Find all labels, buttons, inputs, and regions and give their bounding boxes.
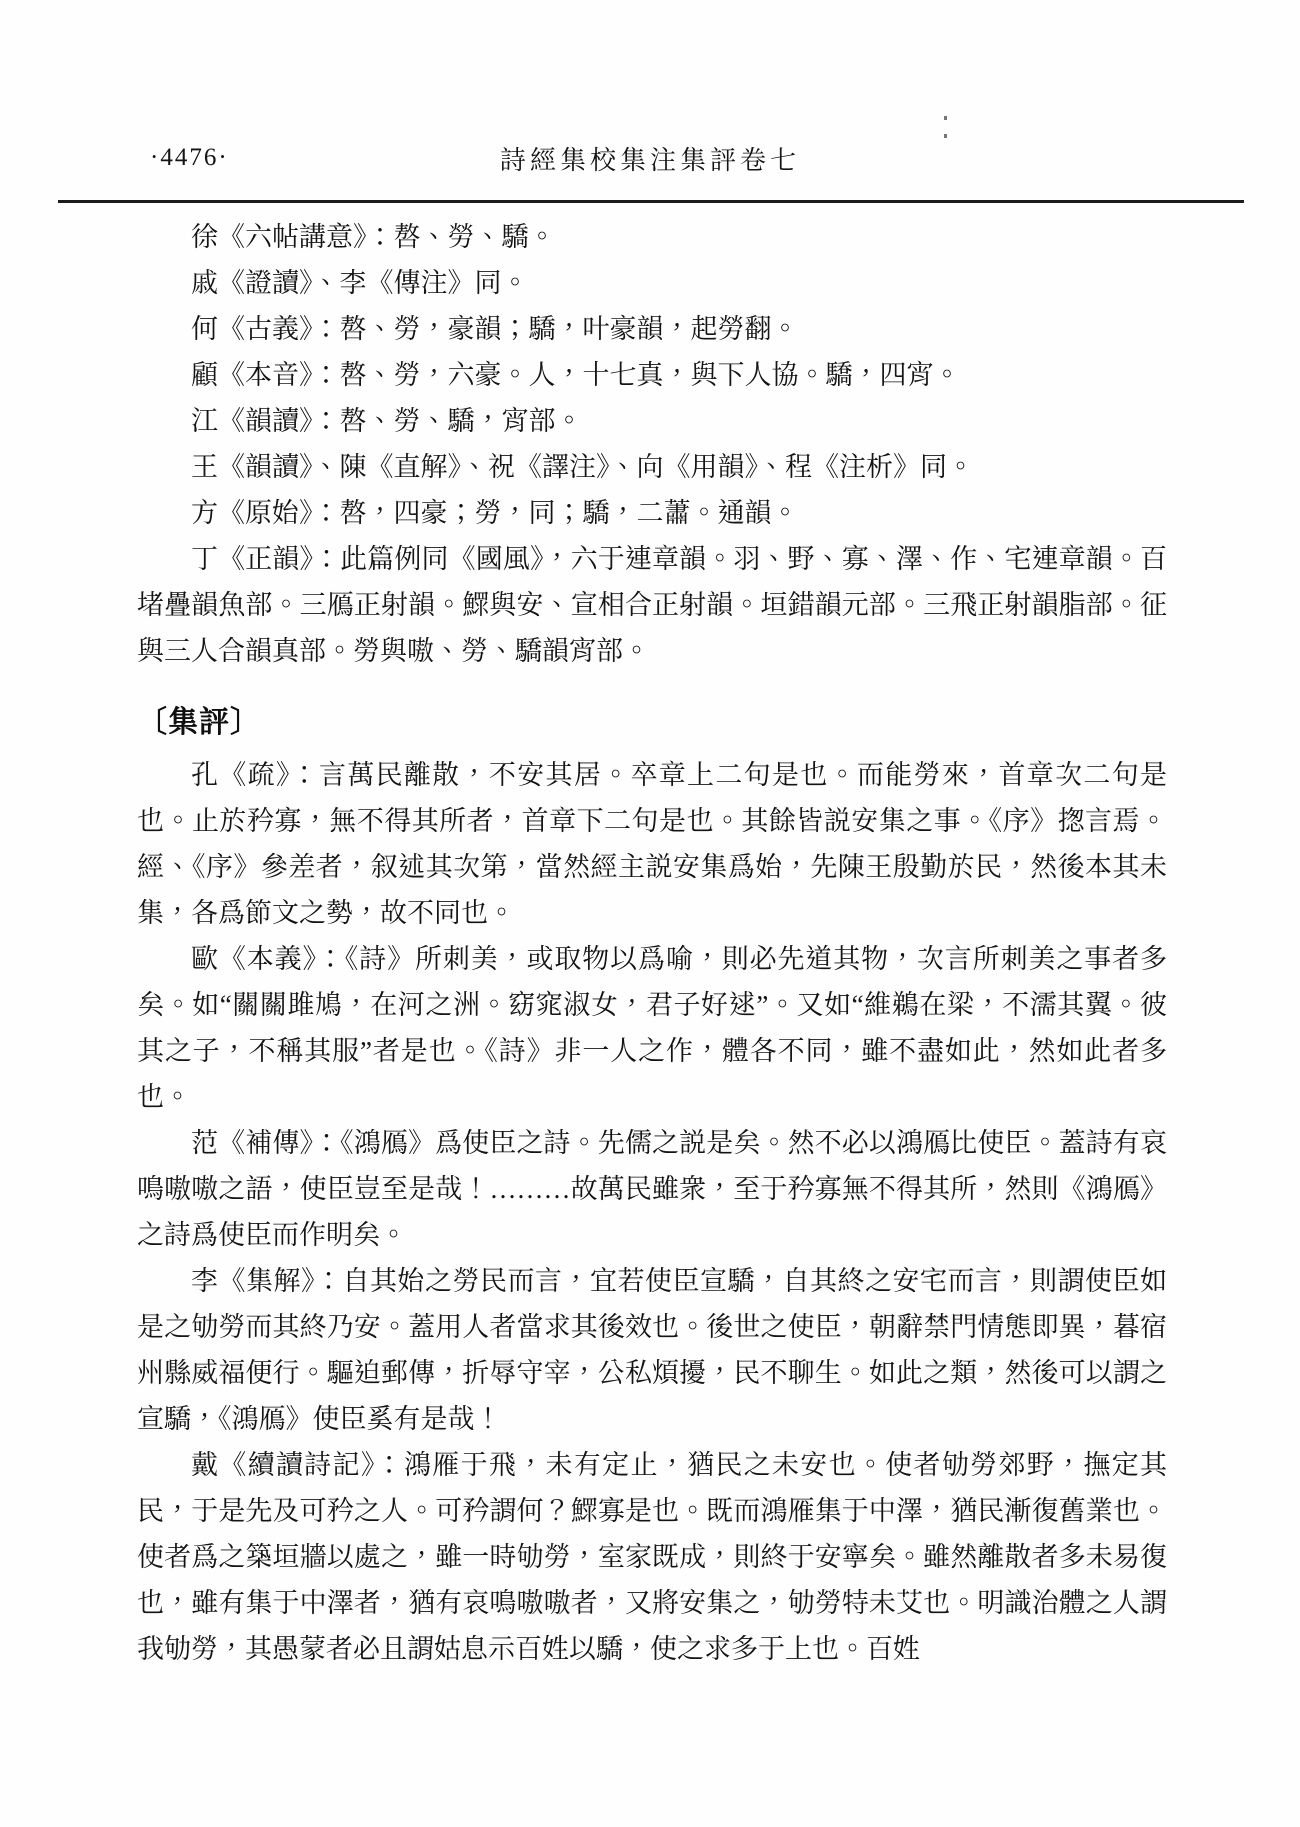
commentary-paragraph: 范《補傳》：《鴻鴈》爲使臣之詩。先儒之説是矣。然不必以鴻鴈比使臣。蓋詩有哀鳴嗷嗷… [137, 1120, 1167, 1258]
rhyme-note-paragraph: 丁《正韻》：此篇例同《國風》，六于連章韻。羽、野、寡、澤、作、宅連章韻。百堵疊韻… [137, 536, 1167, 674]
commentary-paragraph: 戴《續讀詩記》：鴻雁于飛，未有定止，猶民之未安也。使者劬勞郊野，撫定其民，于是先… [137, 1442, 1167, 1672]
running-header: ·4476· 詩經集校集注集評卷七 [0, 140, 1300, 180]
running-title: 詩經集校集注集評卷七 [0, 140, 1300, 177]
rhyme-note-paragraph: 方《原始》：嗸，四豪；勞，同；驕，二蕭。通韻。 [137, 490, 1167, 536]
rhyme-note-paragraph: 江《韻讀》：嗸、勞、驕，宵部。 [137, 398, 1167, 444]
rhyme-note-paragraph: 顧《本音》：嗸、勞，六豪。人，十七真，與下人協。驕，四宵。 [137, 352, 1167, 398]
scan-artifact [944, 116, 948, 138]
section-heading: 〔集評〕 [137, 700, 1167, 746]
rhyme-note-paragraph: 何《古義》：嗸、勞，豪韻；驕，叶豪韻，起勞翻。 [137, 306, 1167, 352]
commentary-paragraph: 李《集解》：自其始之勞民而言，宜若使臣宣驕，自其終之安宅而言，則謂使臣如是之劬勞… [137, 1258, 1167, 1442]
header-divider-rule [58, 200, 1244, 203]
scanned-book-page: ·4476· 詩經集校集注集評卷七 徐《六帖講意》：嗸、勞、驕。 戚《證讀》、李… [0, 0, 1300, 1827]
rhyme-note-paragraph: 徐《六帖講意》：嗸、勞、驕。 [137, 214, 1167, 260]
commentary-paragraph: 孔《疏》：言萬民離散，不安其居。卒章上二句是也。而能勞來，首章次二句是也。止於矜… [137, 752, 1167, 936]
rhyme-note-paragraph: 王《韻讀》、陳《直解》、祝《譯注》、向《用韻》、程《注析》同。 [137, 444, 1167, 490]
rhyme-note-paragraph: 戚《證讀》、李《傳注》同。 [137, 260, 1167, 306]
page-body: 徐《六帖講意》：嗸、勞、驕。 戚《證讀》、李《傳注》同。 何《古義》：嗸、勞，豪… [137, 214, 1167, 1672]
commentary-paragraph: 歐《本義》：《詩》所刺美，或取物以爲喻，則必先道其物，次言所刺美之事者多矣。如“… [137, 936, 1167, 1120]
